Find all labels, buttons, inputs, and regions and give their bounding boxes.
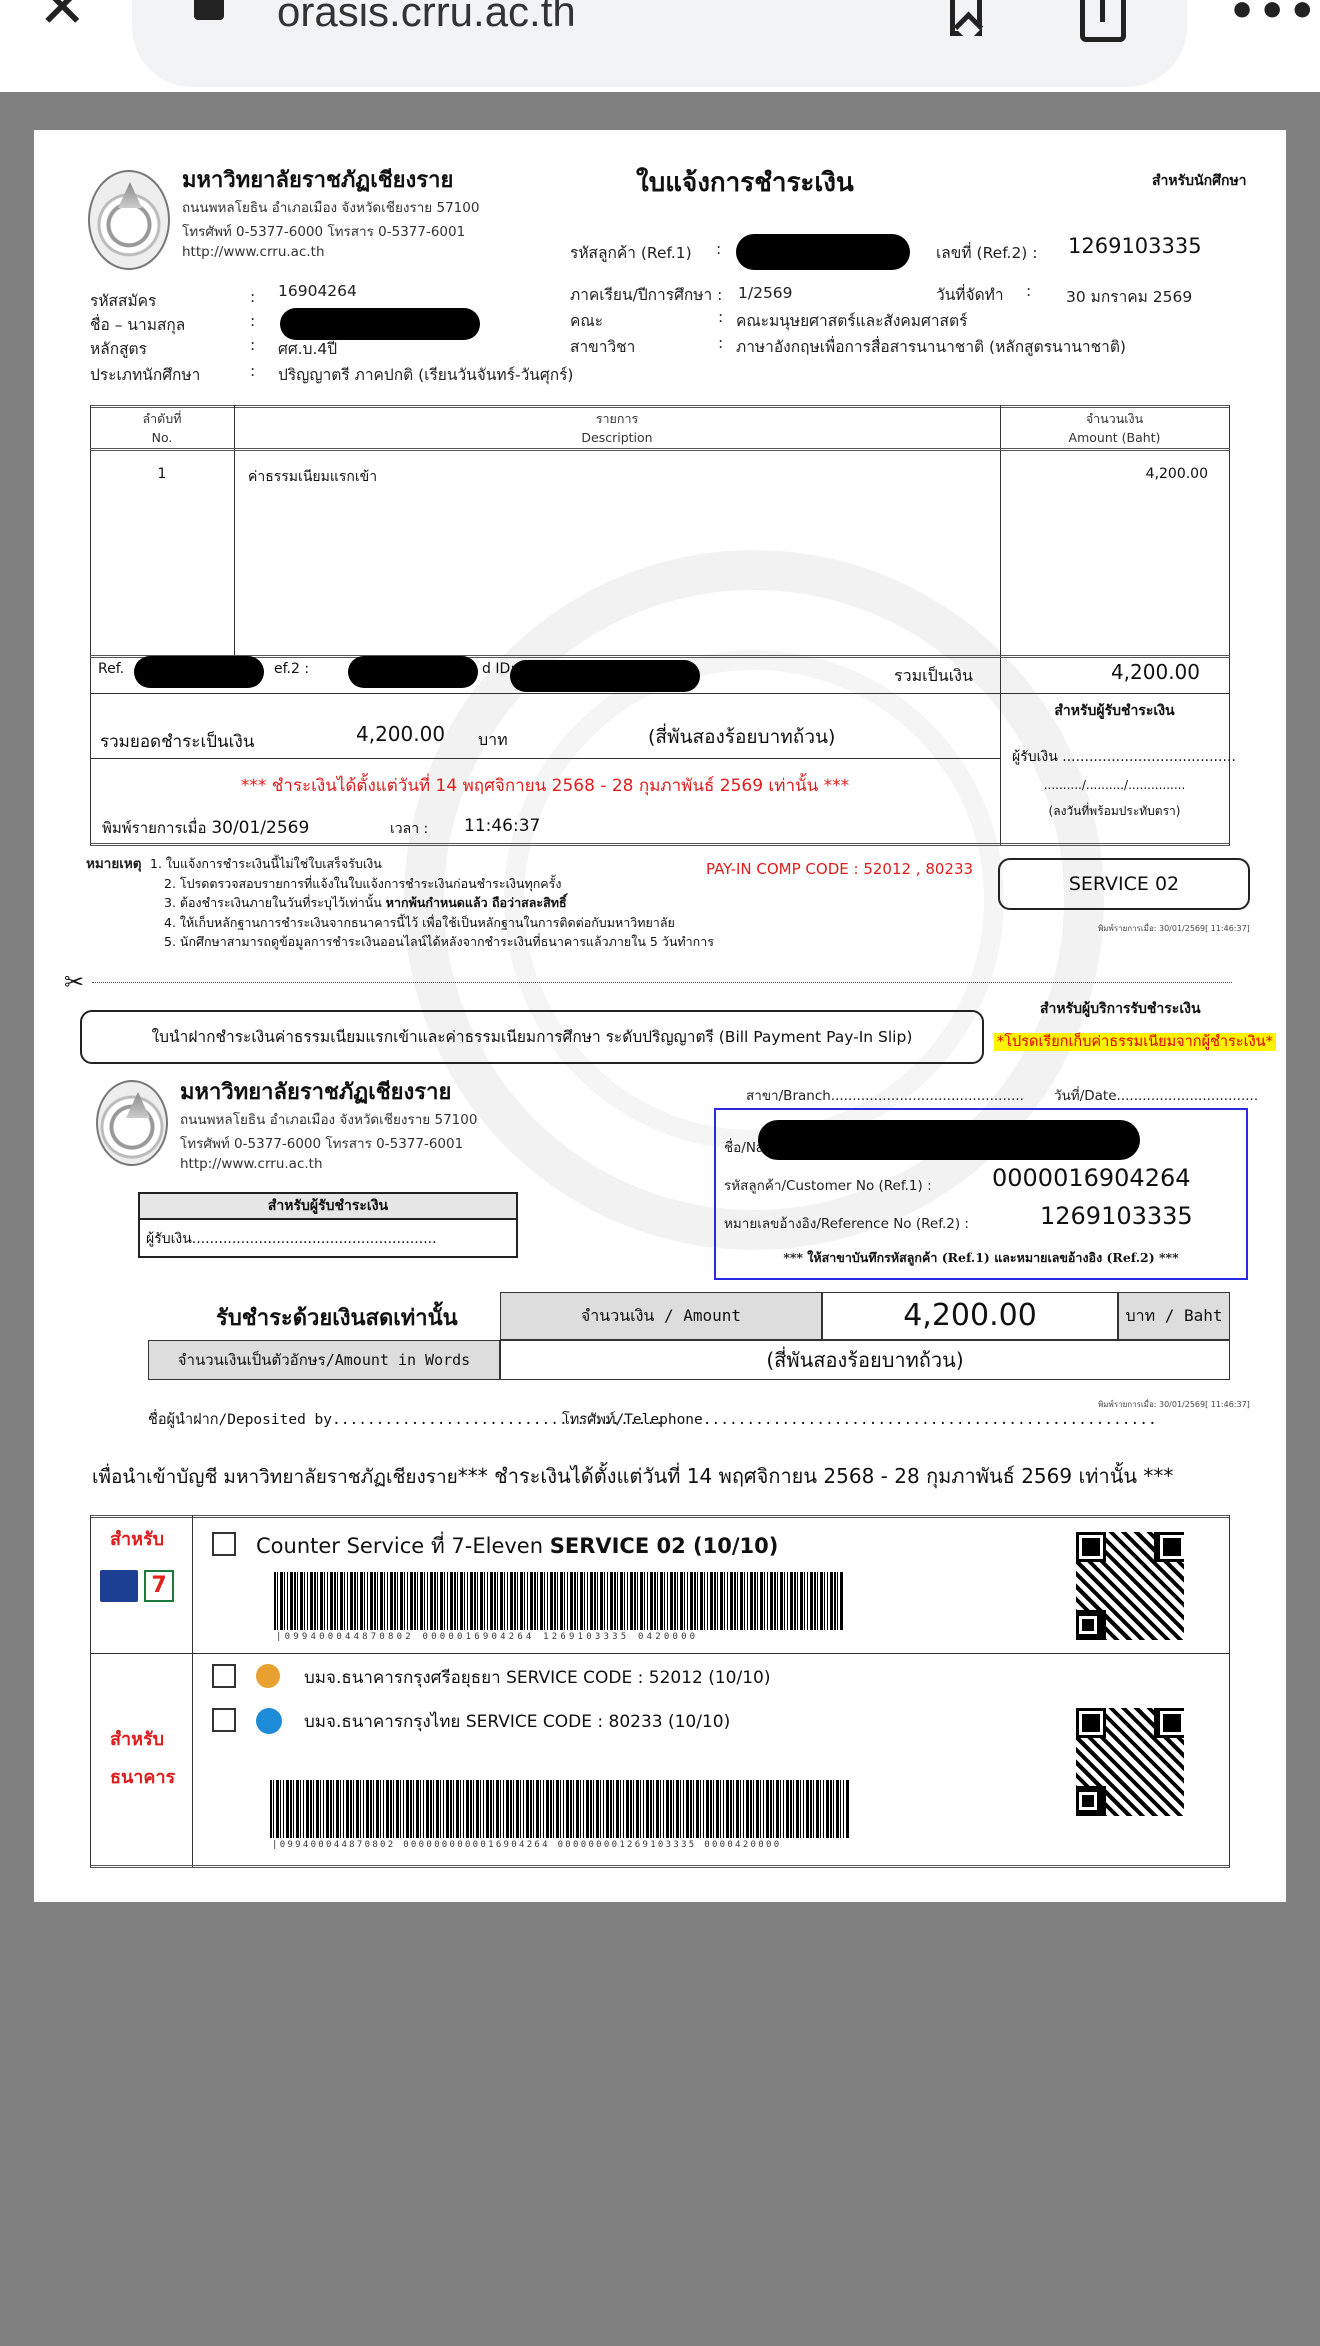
print-stamp: พิมพ์รายการเมื่อ: 30/01/2569[ 11:46:37] <box>1098 922 1250 935</box>
ktb-label: บมจ.ธนาคารกรุงไทย SERVICE CODE : 80233 (… <box>304 1708 730 1735</box>
service-box: SERVICE 02 <box>998 858 1250 910</box>
student-type-value: ปริญญาตรี ภาคปกติ (เรียนวันจันทร์-วันศุก… <box>278 362 573 387</box>
faculty-label: คณะ <box>570 308 603 333</box>
branch-field[interactable]: สาขา/Branch.............................… <box>746 1084 1024 1106</box>
bookmark-icon[interactable] <box>950 0 982 36</box>
paycomp-code: PAY-IN COMP CODE : 52012 , 80233 <box>706 860 973 878</box>
amount-value: 4,200.00 <box>822 1292 1118 1340</box>
krungsri-logo-icon <box>256 1664 280 1688</box>
colon: : <box>250 362 255 380</box>
grand-total-value: 4,200.00 <box>356 722 445 746</box>
col-desc-header: รายการDescription <box>234 410 1000 448</box>
counter-for-label: สำหรับ <box>110 1524 164 1553</box>
row-no: 1 <box>90 466 234 482</box>
close-icon[interactable]: ✕ <box>38 0 87 36</box>
term-value: 1/2569 <box>738 284 793 302</box>
currency-label: บาท <box>478 728 508 753</box>
words-value: (สี่พันสองร้อยบาทถ้วน) <box>500 1340 1230 1380</box>
counter-barcode <box>274 1572 844 1630</box>
col-amount-header: จำนวนเงินAmount (Baht) <box>1000 410 1229 448</box>
redacted-ref2 <box>348 656 478 688</box>
notes-list: 1. ใบแจ้งการชำระเงินนี้ไม่ใช่ใบเสร็จรับเ… <box>150 854 714 952</box>
university-phone: โทรศัพท์ 0-5377-6000 โทรสาร 0-5377-6001 <box>182 220 465 242</box>
faculty-value: คณะมนุษยศาสตร์และสังคมศาสตร์ <box>736 308 967 333</box>
reference-no: 1269103335 <box>1040 1202 1193 1230</box>
receiver-title: สำหรับผู้รับชำระเงิน <box>1000 700 1229 722</box>
date-field[interactable]: วันที่/Date.............................… <box>1054 1084 1258 1106</box>
note-item: 3. ต้องชำระเงินภายในวันที่ระบุไว้เท่านั้… <box>150 893 714 913</box>
fee-note: *โปรดเรียกเก็บค่าธรรมเนียมจากผู้ชำระเงิน… <box>994 1030 1276 1053</box>
seven-eleven-logo: 7 <box>144 1570 174 1602</box>
university-address: ถนนพหลโยธิน อำเภอเมือง จังหวัดเชียงราย 5… <box>180 1108 477 1130</box>
branch-note: *** ให้สาขาบันทึกรหัสลูกค้า (Ref.1) และห… <box>714 1248 1248 1268</box>
bank-barcode <box>270 1780 850 1838</box>
bank-qr-code <box>1076 1708 1184 1816</box>
name-label: ชื่อ – นามสกุล <box>90 312 185 337</box>
colon: : <box>716 240 721 258</box>
major-label: สาขาวิชา <box>570 334 635 359</box>
bank-for-label-2: ธนาคาร <box>110 1762 175 1791</box>
time-label: เวลา : <box>390 818 428 840</box>
address-bar[interactable]: orasis.crru.ac.th <box>132 0 1187 87</box>
date-line: ........../........../............... <box>1000 778 1229 792</box>
university-address: ถนนพหลโยธิน อำเภอเมือง จังหวัดเชียงราย 5… <box>182 196 479 218</box>
words-label: จำนวนเงินเป็นตัวอักษร/Amount in Words <box>148 1340 500 1380</box>
total-label: รวมเป็นเงิน <box>894 664 973 689</box>
krungsri-checkbox[interactable] <box>212 1664 236 1688</box>
share-icon[interactable] <box>1080 0 1126 42</box>
service-provider-title: สำหรับผู้บริการรับชำระเงิน <box>1040 998 1201 1020</box>
student-type-label: ประเภทนักศึกษา <box>90 362 200 387</box>
amount-in-words: (สี่พันสองร้อยบาทถ้วน) <box>648 722 835 752</box>
bank-barcode-text: |099400044870802 0000000000016904264 000… <box>272 1840 781 1850</box>
copy-label: สำหรับนักศึกษา <box>1152 170 1247 192</box>
colon: : <box>718 334 723 352</box>
account-line: เพื่อนำเข้าบัญชี มหาวิทยาลัยราชภัฏเชียงร… <box>92 1460 1173 1492</box>
browser-toolbar: ✕ orasis.crru.ac.th ••• <box>0 0 1320 92</box>
more-icon[interactable]: ••• <box>1228 0 1318 37</box>
cut-line <box>92 982 1232 983</box>
printed-label: พิมพ์รายการเมื่อ 30/01/2569 <box>102 816 309 840</box>
colon: : <box>1026 282 1031 300</box>
program-value: ศศ.บ.4ปี <box>278 336 337 361</box>
customer-no: 0000016904264 <box>992 1164 1191 1192</box>
reference-label: หมายเลขอ้างอิง/Reference No (Ref.2) : <box>724 1212 969 1234</box>
document-title: ใบแจ้งการชำระเงิน <box>636 162 854 203</box>
colon: : <box>718 308 723 326</box>
counter-service-label: Counter Service ที่ 7-Eleven SERVICE 02 … <box>256 1530 778 1563</box>
applicant-id-value: 16904264 <box>278 282 357 300</box>
receiver-line: ผู้รับเงิน..............................… <box>138 1220 518 1258</box>
counter-barcode-text: |099400044870802 0000016904264 126910333… <box>276 1632 698 1642</box>
slip-title-box: ใบนำฝากชำระเงินค่าธรรมเนียมแรกเข้าและค่า… <box>80 1010 984 1064</box>
redacted-id <box>510 660 700 692</box>
url-text[interactable]: orasis.crru.ac.th <box>277 0 576 36</box>
university-logo <box>88 170 170 270</box>
note-item: 1. ใบแจ้งการชำระเงินนี้ไม่ใช่ใบเสร็จรับเ… <box>150 854 714 874</box>
row-description: ค่าธรรมเนียมแรกเข้า <box>248 466 377 488</box>
colon: : <box>250 336 255 354</box>
applicant-id-label: รหัสสมัคร <box>90 288 156 313</box>
cash-only-label: รับชำระด้วยเงินสดเท่านั้น <box>216 1300 458 1335</box>
term-label: ภาคเรียน/ปีการศึกษา : <box>570 282 722 307</box>
ref-line-ref2: ef.2 : <box>274 661 309 677</box>
redacted-name <box>758 1120 1140 1160</box>
col-no-header: ลำดับที่No. <box>90 410 234 448</box>
colon: : <box>250 288 255 306</box>
issue-date-label: วันที่จัดทำ <box>936 282 1004 307</box>
ref-line-prefix: Ref. <box>98 661 124 677</box>
major-value: ภาษาอังกฤษเพื่อการสื่อสารนานาชาติ (หลักส… <box>736 334 1126 359</box>
ref1-label: รหัสลูกค้า (Ref.1) <box>570 240 692 265</box>
counter-service-checkbox[interactable] <box>212 1532 236 1556</box>
counter-qr-code <box>1076 1532 1184 1640</box>
ref2-label: เลขที่ (Ref.2) : <box>936 240 1038 265</box>
university-phone: โทรศัพท์ 0-5377-6000 โทรสาร 0-5377-6001 <box>180 1132 463 1154</box>
counter-service-logo <box>100 1570 138 1602</box>
ktb-logo-icon <box>256 1708 282 1734</box>
ref2-value: 1269103335 <box>1068 234 1202 258</box>
receiver-line: ผู้รับเงิน .............................… <box>1012 746 1236 768</box>
issue-date-value: 30 มกราคม 2569 <box>1066 284 1192 309</box>
grand-total-label: รวมยอดชำระเป็นเงิน <box>100 728 254 755</box>
university-name: มหาวิทยาลัยราชภัฏเชียงราย <box>180 1074 451 1109</box>
customer-no-label: รหัสลูกค้า/Customer No (Ref.1) : <box>724 1174 932 1196</box>
scissors-icon: ✂ <box>64 968 84 996</box>
amount-label: จำนวนเงิน / Amount <box>500 1292 822 1340</box>
lock-icon <box>194 0 224 20</box>
university-logo <box>96 1080 168 1166</box>
university-website[interactable]: http://www.crru.ac.th <box>182 244 325 260</box>
program-label: หลักสูตร <box>90 336 147 361</box>
row-amount: 4,200.00 <box>1000 466 1208 482</box>
university-name: มหาวิทยาลัยราชภัฏเชียงราย <box>182 162 453 197</box>
stamp-note: (ลงวันที่พร้อมประทับตรา) <box>1000 802 1229 821</box>
note-item: 5. นักศึกษาสามารถดูข้อมูลการชำระเงินออนไ… <box>150 932 714 952</box>
payment-window: *** ชำระเงินได้ตั้งแต่วันที่ 14 พฤศจิกาย… <box>90 772 1000 799</box>
university-website[interactable]: http://www.crru.ac.th <box>180 1156 323 1172</box>
redacted-ref1 <box>736 234 910 270</box>
ktb-checkbox[interactable] <box>212 1708 236 1732</box>
redacted-ref <box>134 656 264 688</box>
colon: : <box>250 312 255 330</box>
printed-time: 11:46:37 <box>464 816 540 836</box>
receiver-title: สำหรับผู้รับชำระเงิน <box>138 1192 518 1220</box>
notes-title: หมายเหตุ <box>86 852 142 874</box>
krungsri-label: บมจ.ธนาคารกรุงศรีอยุธยา SERVICE CODE : 5… <box>304 1664 771 1691</box>
note-item: 2. โปรดตรวจสอบรายการที่แจ้งในใบแจ้งการชำ… <box>150 874 714 894</box>
bank-for-label: สำหรับ <box>110 1724 164 1753</box>
print-stamp: พิมพ์รายการเมื่อ: 30/01/2569[ 11:46:37] <box>1098 1398 1250 1411</box>
currency-label: บาท / Baht <box>1118 1292 1230 1340</box>
telephone-field[interactable]: โทรศัพท์/Telephone......................… <box>562 1408 1157 1431</box>
total-value: 4,200.00 <box>1000 660 1200 684</box>
payment-document: มหาวิทยาลัยราชภัฏเชียงราย ถนนพหลโยธิน อำ… <box>34 130 1286 1902</box>
note-item: 4. ให้เก็บหลักฐานการชำระเงินจากธนาคารนี้… <box>150 913 714 933</box>
